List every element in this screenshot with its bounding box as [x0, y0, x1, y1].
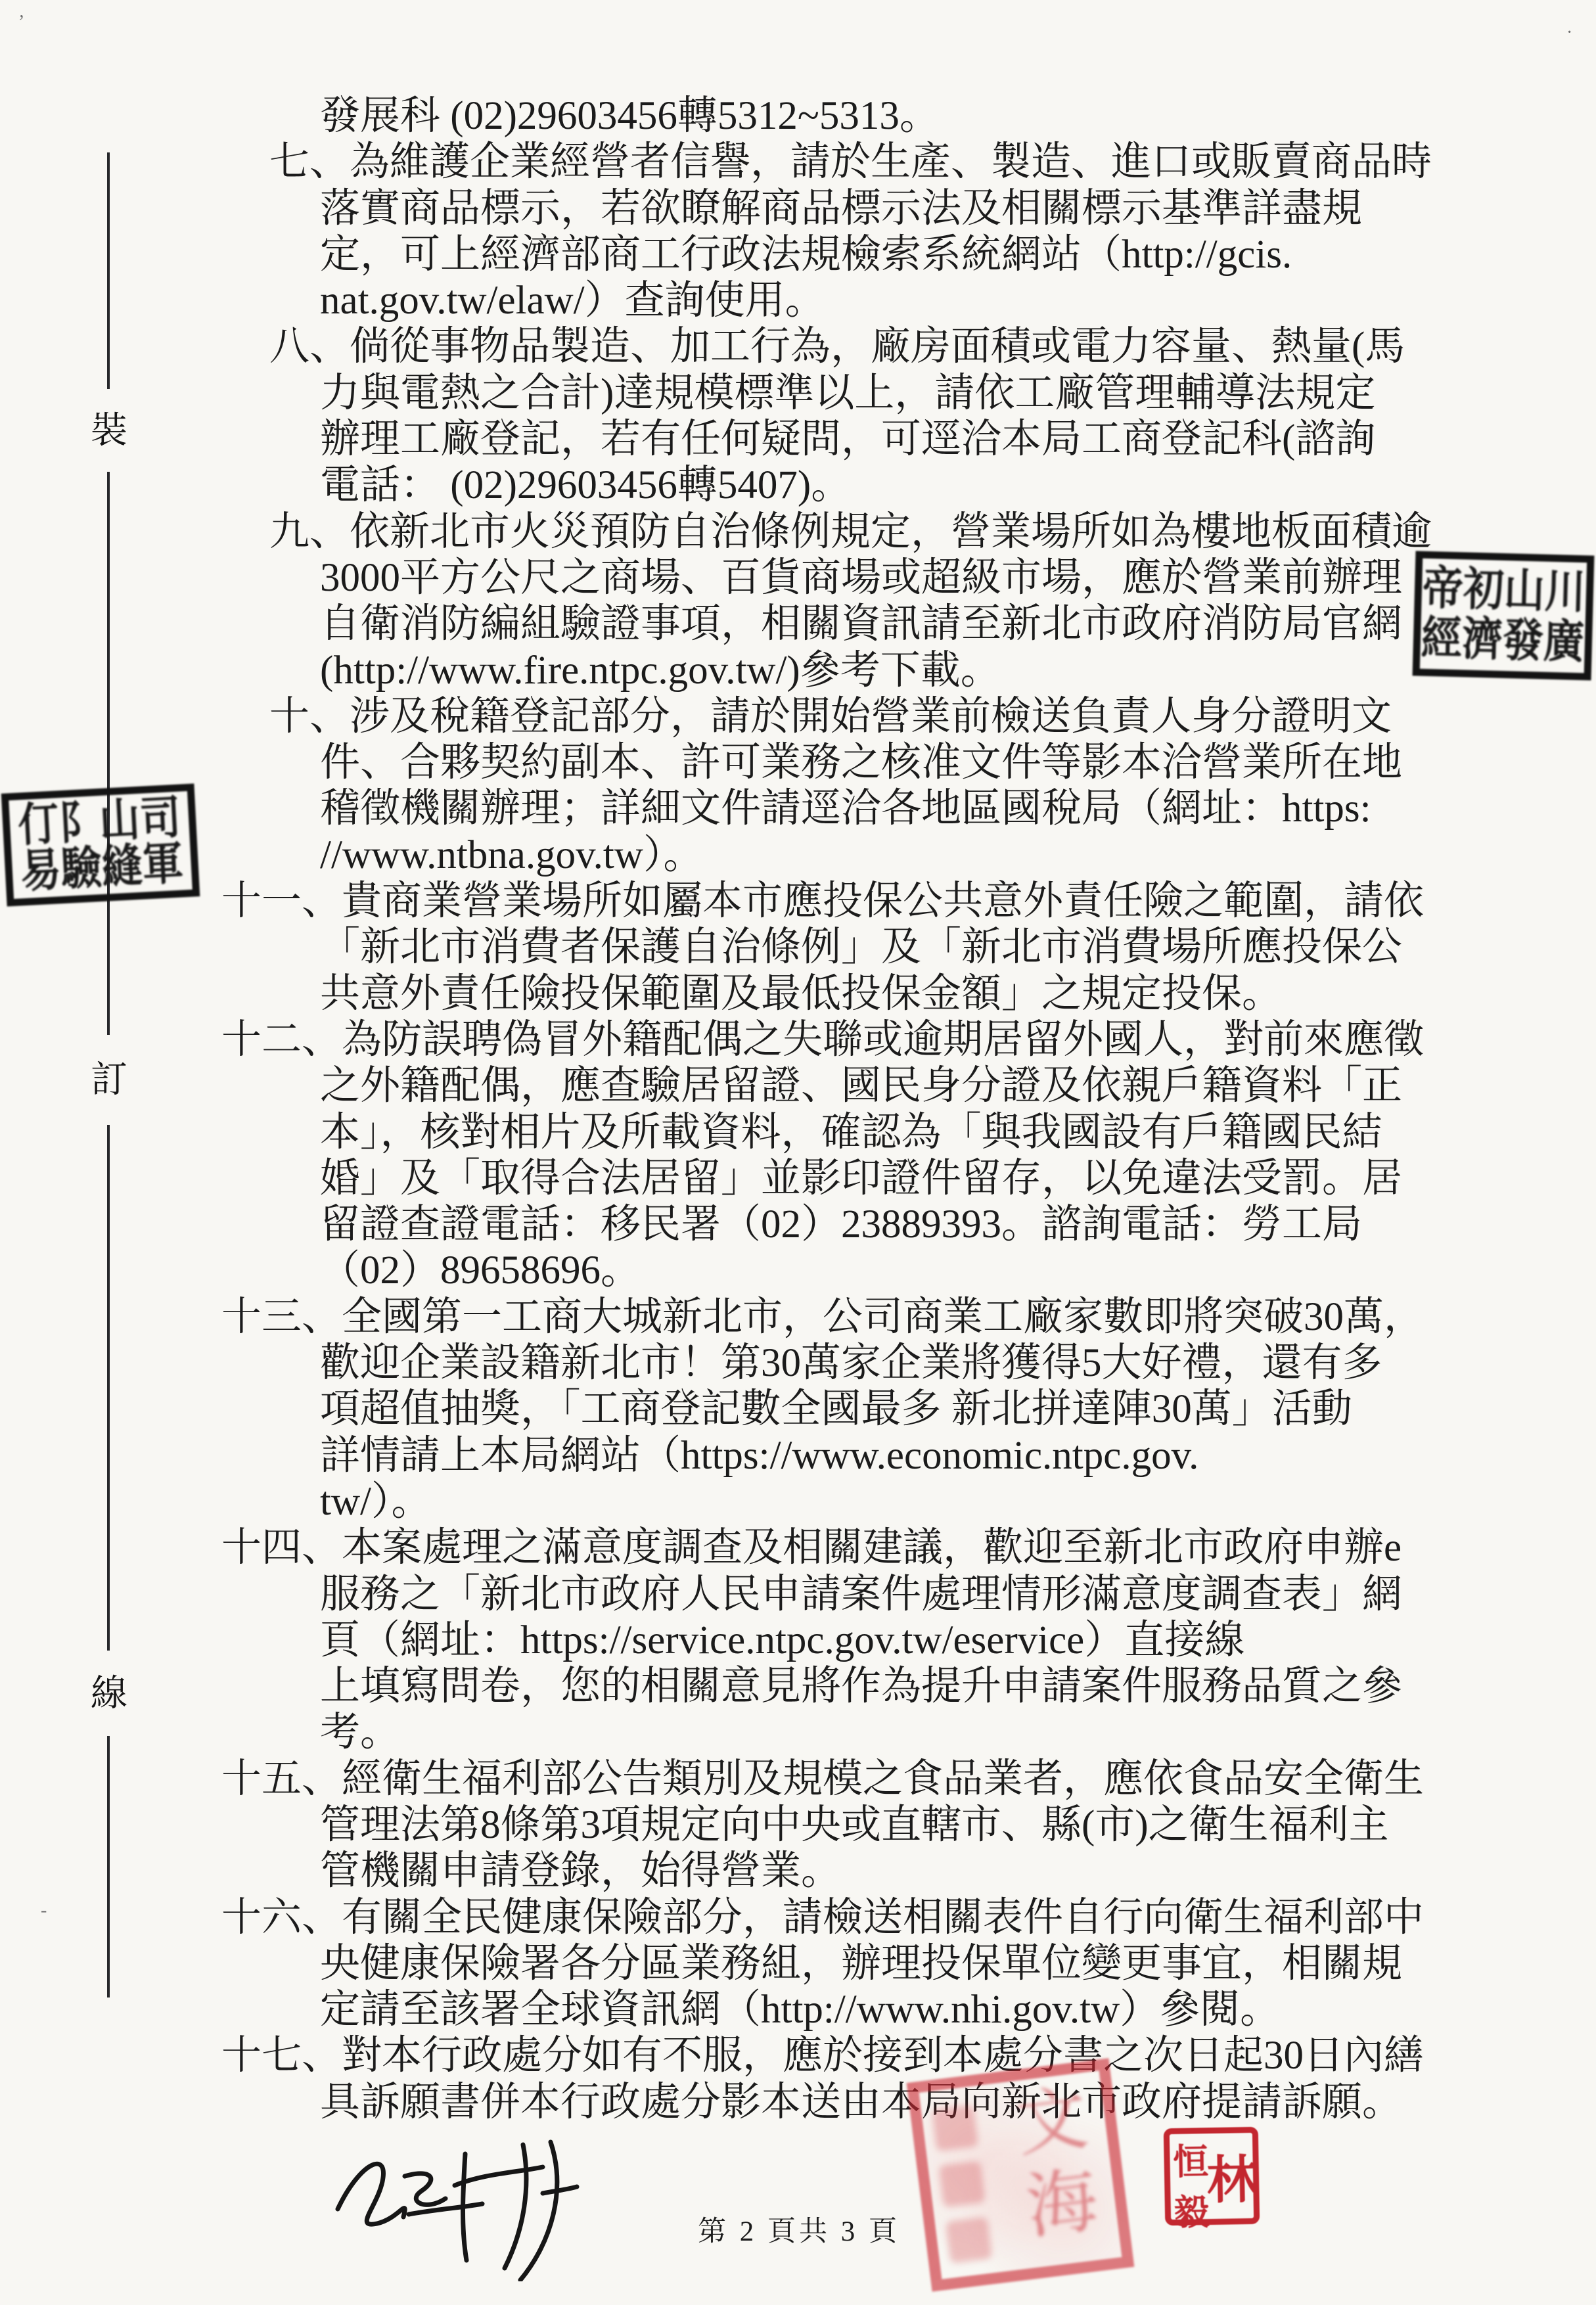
red-stamp-large-illegible-marks	[932, 2104, 996, 2260]
red-name-seal-char: 毅	[1174, 2184, 1210, 2235]
red-stamp-large: 文海	[907, 2058, 1135, 2291]
document-line: 上填寫問卷，您的相關意見將作為提升申請案件服務品質之參	[0, 1664, 1596, 1710]
document-line: 自衛消防編組驗證事項，相關資訊請至新北市政府消防局官網	[0, 601, 1596, 647]
document-line: 央健康保險署各分區業務組，辦理投保單位變更事宜，相關規	[0, 1941, 1596, 1987]
document-line: 具訴願書併本行政處分影本送由本局向新北市政府提請訴願。	[0, 2080, 1596, 2126]
document-line: 十一、貴商業營業場所如屬本市應投保公共意外責任險之範圍，請依	[0, 879, 1596, 924]
document-line: 電話： (02)29603456轉5407)。	[0, 463, 1596, 509]
document-line: 發展科 (02)29603456轉5312~5313。	[0, 93, 1596, 139]
document-line: 留證查證電話：移民署（02）23889393。諮詢電話：勞工局	[0, 1202, 1596, 1248]
scanned-document-page: 裝 訂 線 發展科 (02)29603456轉5312~5313。 七、為維護企…	[0, 0, 1596, 2305]
document-line: 七、為維護企業經營者信譽，請於生產、製造、進口或販賣商品時	[0, 139, 1596, 185]
red-stamp-large-text: 文海	[990, 2078, 1111, 2255]
document-line: 婚」及「取得合法居留」並影印證件留存，以免違法受罰。居	[0, 1156, 1596, 1202]
document-line: tw/）。	[0, 1479, 1596, 1525]
document-line: 共意外責任險投保範圍及最低投保金額」之規定投保。	[0, 971, 1596, 1017]
document-line: 八、倘從事物品製造、加工行為，廠房面積或電力容量、熱量(馬	[0, 324, 1596, 370]
scan-speck: ’	[18, 12, 24, 33]
red-name-seal-char: 林	[1211, 2133, 1254, 2219]
document-line: 定請至該署全球資訊網（http://www.nhi.gov.tw）參閱。	[0, 1987, 1596, 2033]
black-seal-stamp-left: 仃阝山司 易驗縫軍	[1, 783, 200, 906]
black-seal-stamp-right: 帝初山川 經濟發廣	[1413, 551, 1595, 680]
document-body: 發展科 (02)29603456轉5312~5313。 七、為維護企業經營者信譽…	[0, 93, 1596, 2126]
document-line: （02）89658696。	[0, 1248, 1596, 1294]
document-line: 十六、有關全民健康保險部分，請檢送相關表件自行向衛生福利部中	[0, 1895, 1596, 1941]
document-line: 十二、為防誤聘偽冒外籍配偶之失聯或逾期居留外國人，對前來應徵	[0, 1017, 1596, 1063]
document-line: //www.ntbna.gov.tw）。	[0, 833, 1596, 879]
red-name-seal: 林 恒 毅	[1164, 2127, 1260, 2225]
scan-speck: ·	[1566, 22, 1572, 43]
document-line: 管機關申請登錄，始得營業。	[0, 1848, 1596, 1894]
document-line: 歡迎企業設籍新北市！第30萬家企業將獲得5大好禮，還有多	[0, 1340, 1596, 1386]
seal-script-row: 帝初山川	[1421, 566, 1587, 616]
document-line: 服務之「新北市政府人民申請案件處理情形滿意度調查表」網	[0, 1572, 1596, 1618]
document-line: 「新北市消費者保護自治條例」及「新北市消費場所應投保公	[0, 924, 1596, 970]
signature	[326, 2130, 615, 2281]
document-line: (http://www.fire.ntpc.gov.tw/)參考下載。	[0, 648, 1596, 694]
document-line: 九、依新北市火災預防自治條例規定，營業場所如為樓地板面積逾	[0, 509, 1596, 555]
document-line: 詳情請上本局網站（https://www.economic.ntpc.gov.	[0, 1433, 1596, 1479]
document-line: 辦理工廠登記，若有任何疑問，可逕洽本局工商登記科(諮詢	[0, 417, 1596, 463]
document-line: 力與電熱之合計)達規模標準以上，請依工廠管理輔導法規定	[0, 371, 1596, 417]
document-line: 項超值抽獎，「工商登記數全國最多 新北拼達陣30萬」活動	[0, 1386, 1596, 1432]
document-line: 十四、本案處理之滿意度調查及相關建議，歡迎至新北市政府申辦e	[0, 1525, 1596, 1571]
document-line: 十五、經衛生福利部公告類別及規模之食品業者，應依食品安全衛生	[0, 1756, 1596, 1802]
seal-script-row: 經濟發廣	[1420, 616, 1585, 666]
document-line: 稽徵機關辦理；詳細文件請逕洽各地區國稅局（網址：https:	[0, 786, 1596, 832]
document-line: nat.gov.tw/elaw/）查詢使用。	[0, 278, 1596, 324]
document-line: 十三、全國第一工商大城新北市，公司商業工廠家數即將突破30萬，	[0, 1294, 1596, 1340]
document-line: 3000平方公尺之商場、百貨商場或超級市場，應於營業前辦理	[0, 555, 1596, 601]
red-name-seal-char: 恒	[1172, 2134, 1208, 2185]
document-line: 十、涉及稅籍登記部分，請於開始營業前檢送負責人身分證明文	[0, 694, 1596, 740]
document-line: 件、合夥契約副本、許可業務之核准文件等影本洽營業所在地	[0, 740, 1596, 786]
document-line: 之外籍配偶，應查驗居留證、國民身分證及依親戶籍資料「正	[0, 1063, 1596, 1109]
seal-script-row: 易驗縫軍	[11, 840, 192, 896]
document-line: 定，可上經濟部商工行政法規檢索系統網站（http://gcis.	[0, 232, 1596, 278]
scan-speck: ‑	[41, 1900, 47, 1921]
page-number: 第 2 頁共 3 頁	[698, 2209, 900, 2249]
document-line: 本」，核對相片及所載資料，確認為「與我國設有戶籍國民結	[0, 1110, 1596, 1156]
document-line: 頁（網址：https://service.ntpc.gov.tw/eservic…	[0, 1618, 1596, 1664]
document-line: 落實商品標示，若欲瞭解商品標示法及相關標示基準詳盡規	[0, 186, 1596, 232]
document-line: 考。	[0, 1710, 1596, 1756]
document-line: 管理法第8條第3項規定向中央或直轄市、縣(市)之衛生福利主	[0, 1802, 1596, 1848]
document-line: 十七、對本行政處分如有不服，應於接到本處分書之次日起30日內繕	[0, 2033, 1596, 2079]
